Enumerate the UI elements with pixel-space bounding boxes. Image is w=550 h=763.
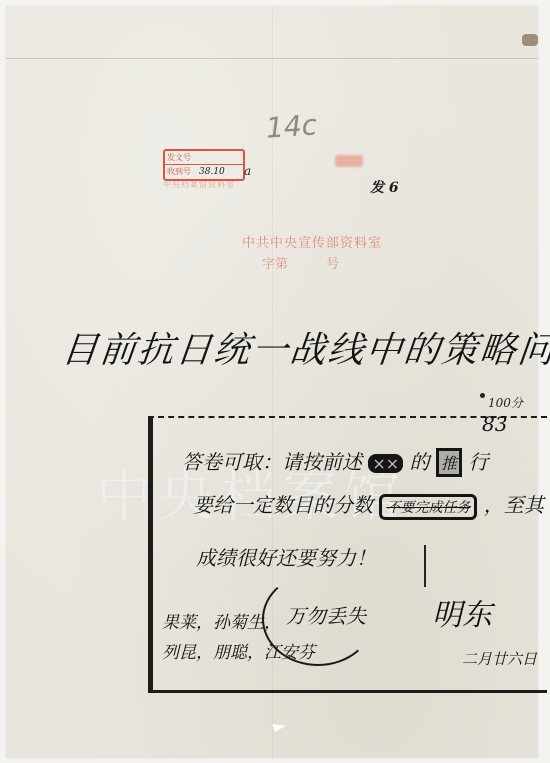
comment-line-1-suffix: 行 [468,450,488,474]
archive-stamp: 发文号 收到号 38.10 [163,149,245,181]
archive-stamp-label-1: 发文号 [167,152,197,163]
paper-stain [522,34,538,46]
signature-date: 二月廿六日 [462,648,537,669]
comment-line-2: 要给一定数目的分数 不要完成任务 ，至其 [193,489,544,520]
names-line-2: 列昆，朋聪，江安芬 [162,638,315,663]
comment-line-2-suffix: ，至其 [484,493,544,517]
archive-stamp-value-2: 38.10 [199,167,225,177]
ink-vertical-stroke [424,545,426,587]
department-stamp-line-1: 中共中央宣传部资料室 [242,232,382,251]
boxed-correction: 推 [436,448,462,477]
ink-annotation: 发 6 [370,177,399,197]
archive-stamp-footer: 中央档案馆资料室 [163,179,235,190]
archive-stamp-row-1: 发文号 [165,151,243,165]
archive-stamp-row-2: 收到号 38.10 [165,165,243,178]
crossed-out-box: 不要完成任务 [379,494,477,520]
total-score: 100分 [488,394,523,411]
pencil-catalog-mark: 14c [265,108,318,144]
ink-dot [480,393,485,398]
red-seal-smudge [335,155,363,167]
archive-stamp-suffix: a [244,164,251,178]
comment-line-2-prefix: 要给一定数目的分数 [193,493,373,517]
signature: 明东 [432,590,492,634]
annotation-loop-text: 万勿丢失 [286,600,366,629]
comment-line-3: 成绩很好还要努力！ [196,542,376,571]
comment-line-1: 答卷可取：请按前述 ×× 的 推 行 [182,446,488,477]
comment-line-1-prefix: 答卷可取：请按前述 [182,450,362,474]
archive-stamp-label-2: 收到号 [167,166,197,177]
essay-title: 目前抗日统一战线中的策略问题 [59,322,550,373]
paper-tear [272,724,286,732]
names-line-1: 果莱，孙菊生， [162,608,281,633]
inked-out-blot: ×× [368,454,403,473]
department-stamp-line-2: 字第 号 [262,253,339,272]
comment-line-1-middle: 的 [410,450,430,474]
grade-score: 83 [482,412,507,436]
